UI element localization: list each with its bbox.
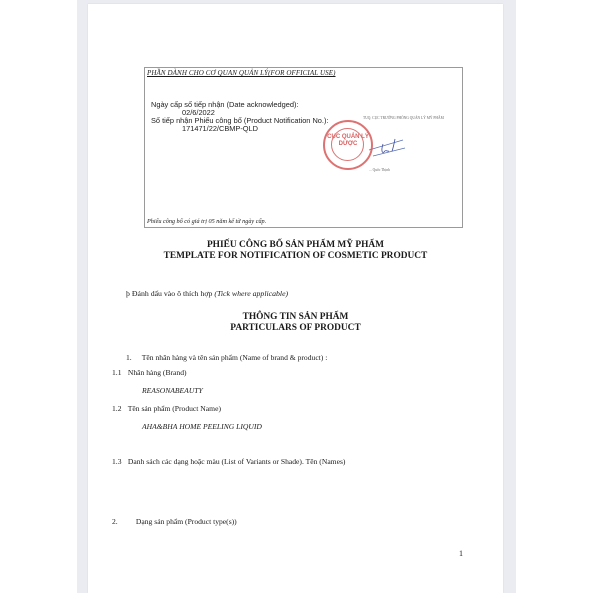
item-label: Tên nhãn hàng và tên sản phẩm (Name of b… <box>142 353 328 362</box>
item-number: 1.3 <box>112 457 126 466</box>
signer-name: ... Quốc Thịnh <box>369 168 390 172</box>
list-item: 2. Dạng sản phẩm (Product type(s)) <box>112 517 237 526</box>
tick-instruction-text-en: (Tick where applicable) <box>214 289 288 298</box>
document-title: PHIẾU CÔNG BỐ SẢN PHẨM MỸ PHẨM TEMPLATE … <box>88 240 503 262</box>
official-use-box: PHẦN DÀNH CHO CƠ QUAN QUẢN LÝ(FOR OFFICI… <box>144 67 463 228</box>
item-label: Danh sách các dạng hoặc màu (List of Var… <box>128 457 346 466</box>
list-item: 1.3 Danh sách các dạng hoặc màu (List of… <box>112 457 345 466</box>
item-number: 1.1 <box>112 368 126 377</box>
date-acknowledged-label: Ngày cấp số tiếp nhận (Date acknowledged… <box>151 101 299 110</box>
official-seal-icon: CỤC QUẢN LÝ DƯỢC <box>323 120 373 170</box>
document-page: PHẦN DÀNH CHO CƠ QUAN QUẢN LÝ(FOR OFFICI… <box>88 4 503 593</box>
item-label: Nhãn hàng (Brand) <box>128 368 187 377</box>
section-heading-vi: THÔNG TIN SẢN PHẨM <box>88 312 503 323</box>
section-heading-en: PARTICULARS OF PRODUCT <box>88 323 503 334</box>
notification-number-value: 171471/22/CBMP-QLD <box>182 125 258 134</box>
document-title-en: TEMPLATE FOR NOTIFICATION OF COSMETIC PR… <box>88 251 503 262</box>
validity-note: Phiếu công bố có giá trị 05 năm kể từ ng… <box>147 218 266 225</box>
signature-icon <box>367 136 407 158</box>
section-heading: THÔNG TIN SẢN PHẨM PARTICULARS OF PRODUC… <box>88 312 503 334</box>
checkbox-icon: þ <box>126 289 130 298</box>
page-number: 1 <box>459 549 463 558</box>
seal-text: CỤC QUẢN LÝ DƯỢC <box>325 134 371 148</box>
item-number: 2. <box>112 517 134 526</box>
item-number: 1.2 <box>112 404 126 413</box>
list-item: 1.2 Tên sản phẩm (Product Name) <box>112 404 221 413</box>
brand-value: REASONABEAUTY <box>142 386 203 395</box>
item-number: 1. <box>126 353 140 362</box>
list-item: 1. Tên nhãn hàng và tên sản phẩm (Name o… <box>126 353 327 362</box>
tick-instruction: þ Đánh dấu vào ô thích hợp (Tick where a… <box>126 289 288 298</box>
product-name-value: AHA&BHA HOME PEELING LIQUID <box>142 422 262 431</box>
item-label: Dạng sản phẩm (Product type(s)) <box>136 517 237 526</box>
official-use-title: PHẦN DÀNH CHO CƠ QUAN QUẢN LÝ(FOR OFFICI… <box>147 69 336 77</box>
tick-instruction-text: Đánh dấu vào ô thích hợp <box>132 289 213 298</box>
list-item: 1.1 Nhãn hàng (Brand) <box>112 368 187 377</box>
item-label: Tên sản phẩm (Product Name) <box>128 404 221 413</box>
signer-title: TUQ. CỤC TRƯỞNG PHÒNG QUẢN LÝ MỸ PHẨM <box>363 116 444 120</box>
document-title-vi: PHIẾU CÔNG BỐ SẢN PHẨM MỸ PHẨM <box>88 240 503 251</box>
